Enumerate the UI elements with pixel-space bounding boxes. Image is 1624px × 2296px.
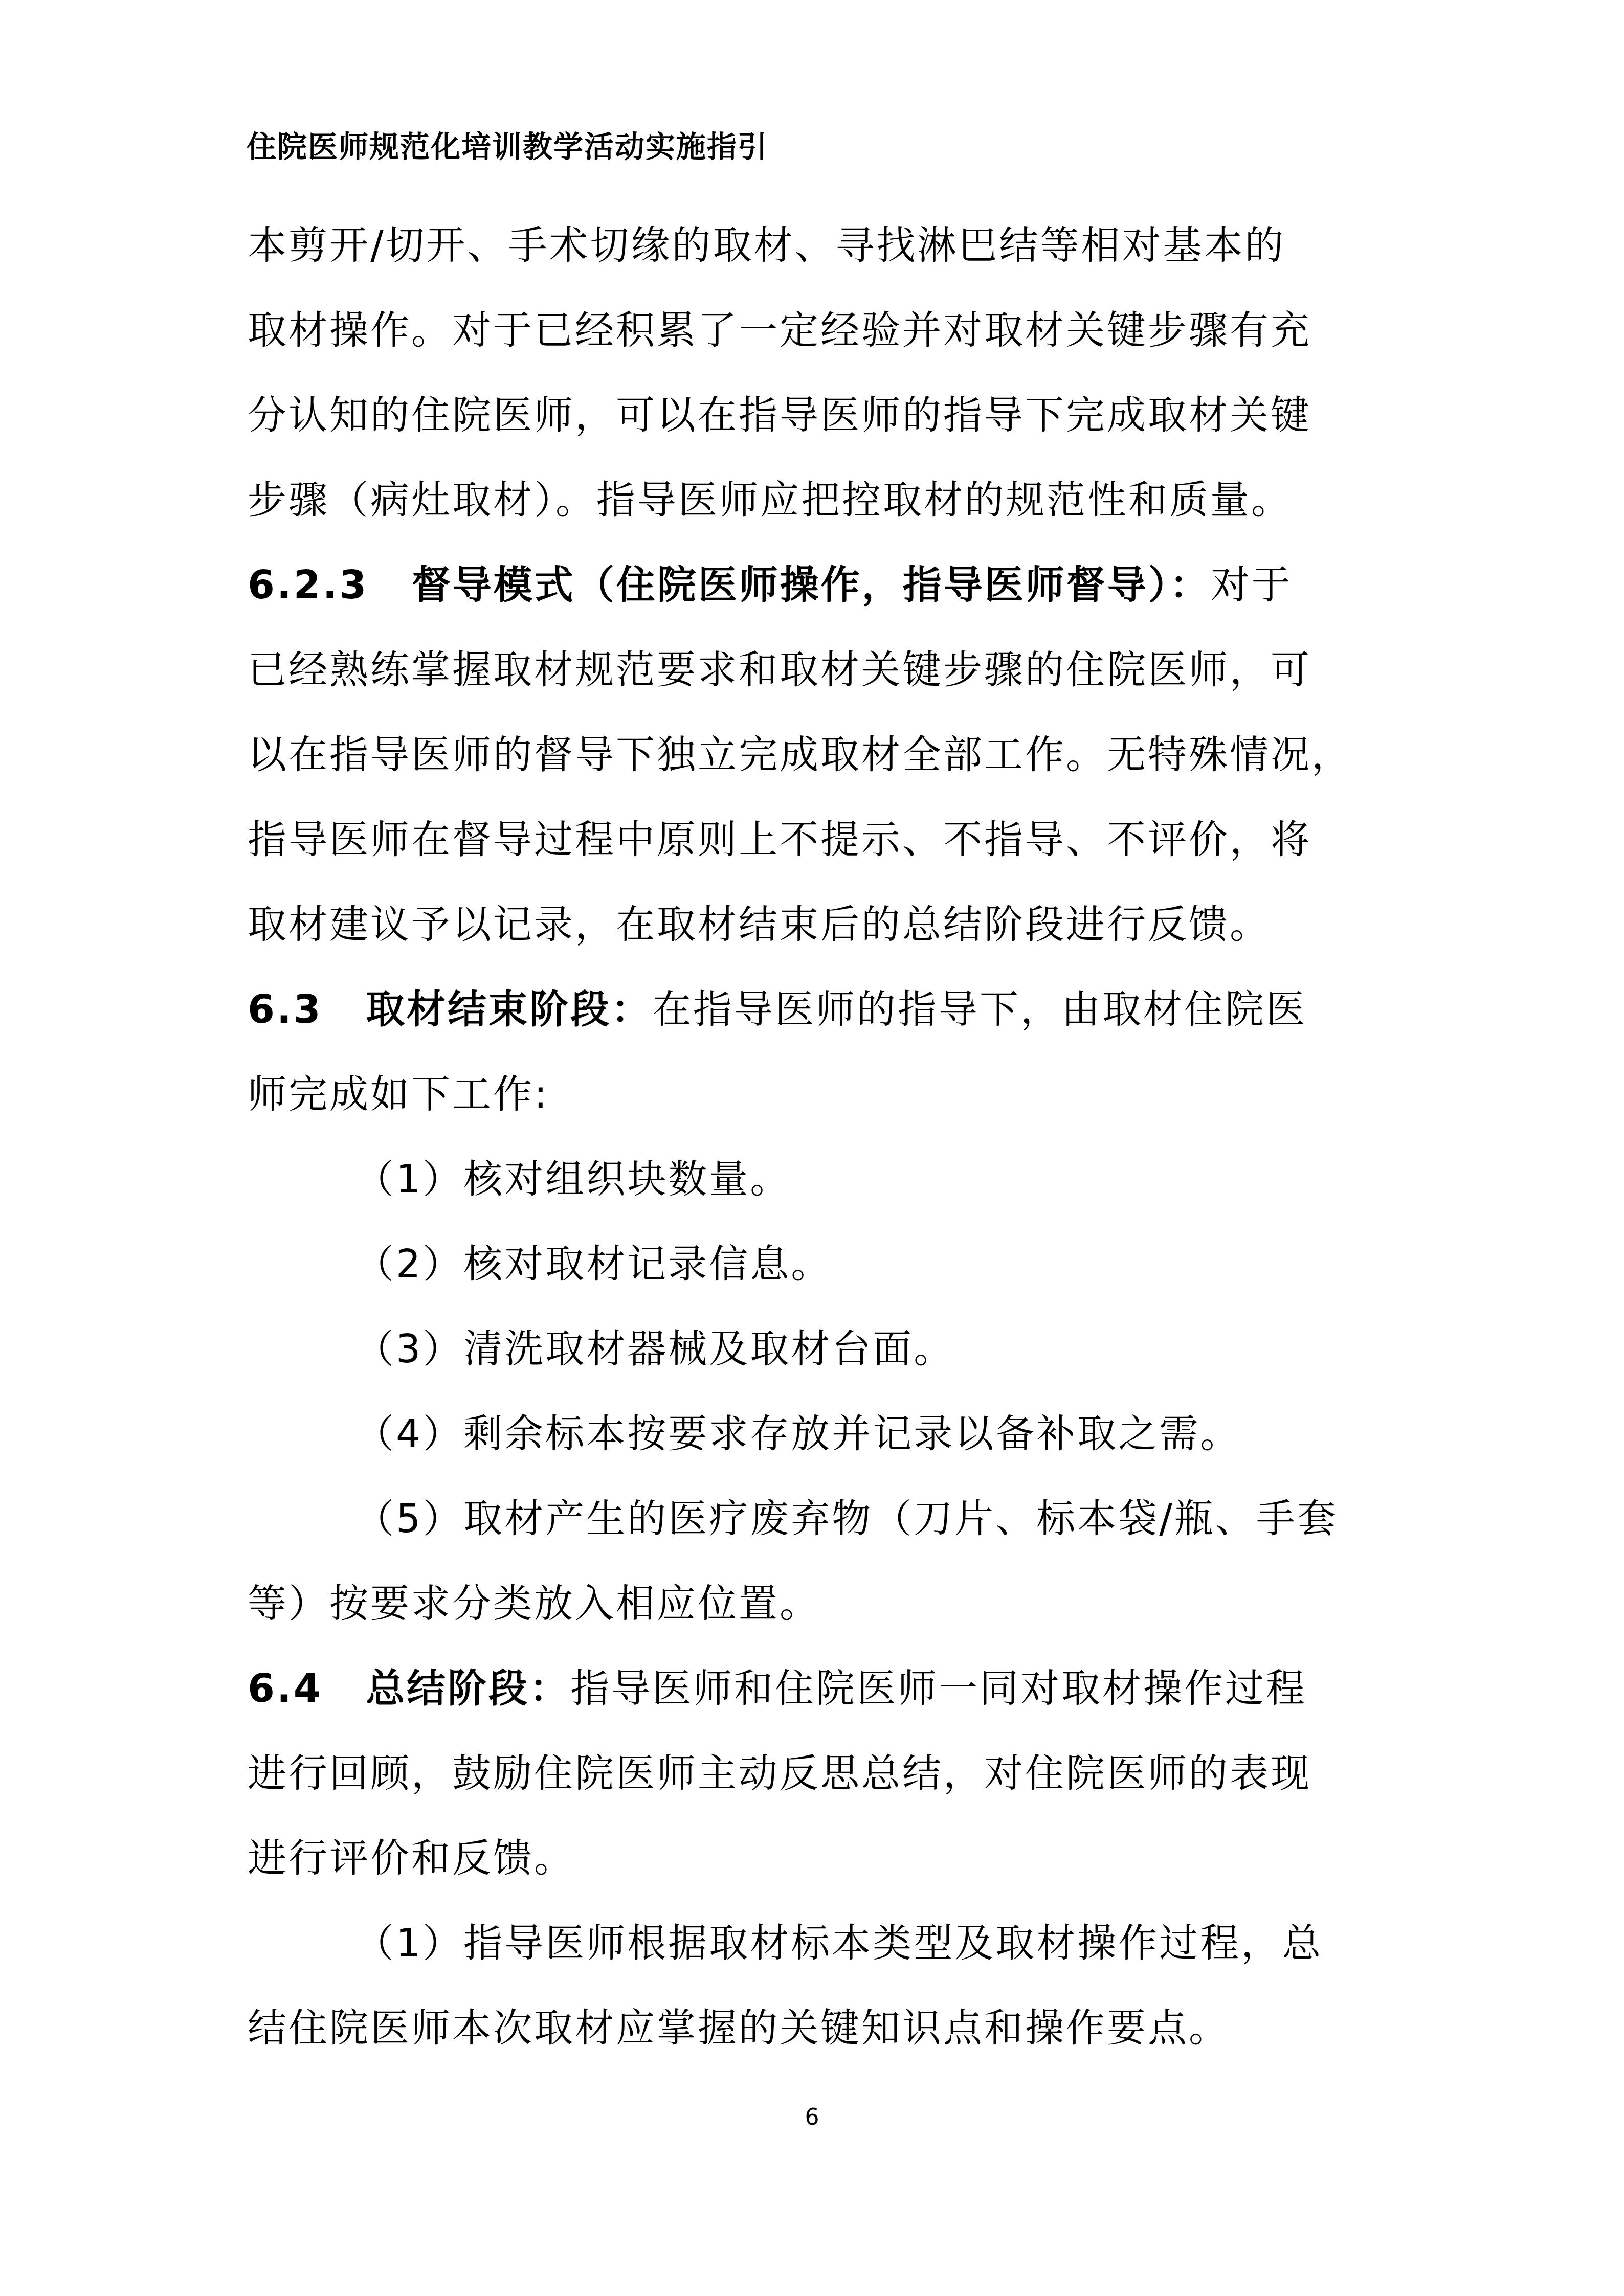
text-run: 指导医师和住院医师一同对取材操作过程 [570, 1665, 1307, 1711]
text-line: 结住院医师本次取材应掌握的关键知识点和操作要点。 [248, 2000, 1398, 2085]
text-line: 步骤（病灶取材）。指导医师应把控取材的规范性和质量。 [248, 472, 1398, 557]
section-number: 6.3 [248, 981, 323, 1038]
section-heading-6-3: 6.3 取材结束阶段：在指导医师的指导下，由取材住院医 [248, 981, 1398, 1066]
section-number: 6.4 [248, 1660, 323, 1717]
list-item: （4）剩余标本按要求存放并记录以备补取之需。 [248, 1406, 1398, 1491]
list-item: （3）清洗取材器械及取材台面。 [248, 1321, 1398, 1406]
text-line: 指导医师在督导过程中原则上不提示、不指导、不评价，将 [248, 812, 1398, 896]
list-item: （2）核对取材记录信息。 [248, 1236, 1398, 1321]
text-line: 取材建议予以记录，在取材结束后的总结阶段进行反馈。 [248, 896, 1398, 981]
text-line: 本剪开/切开、手术切缘的取材、寻找淋巴结等相对基本的 [248, 217, 1398, 302]
text-line: 等）按要求分类放入相应位置。 [248, 1575, 1398, 1660]
section-title: 督导模式（住院医师操作，指导医师督导）： [412, 562, 1211, 607]
text-line: 取材操作。对于已经积累了一定经验并对取材关键步骤有充 [248, 302, 1398, 387]
section-title: 取材结束阶段： [366, 986, 652, 1032]
running-header: 住院医师规范化培训教学活动实施指引 [247, 123, 768, 166]
text-run: 在指导医师的指导下，由取材住院医 [652, 986, 1307, 1032]
text-run: 对于 [1211, 562, 1293, 607]
section-heading-6-2-3: 6.2.3 督导模式（住院医师操作，指导医师督导）：对于 [248, 557, 1398, 642]
list-item: （1）指导医师根据取材标本类型及取材操作过程，总 [248, 1915, 1398, 2000]
text-line: 师完成如下工作: [248, 1066, 1398, 1151]
text-line: 进行回顾，鼓励住院医师主动反思总结，对住院医师的表现 [248, 1745, 1398, 1830]
text-line: 进行评价和反馈。 [248, 1830, 1398, 1915]
page-number: 6 [0, 2104, 1624, 2130]
section-number: 6.2.3 [248, 557, 368, 613]
list-item: （5）取材产生的医疗废弃物（刀片、标本袋/瓶、手套 [248, 1491, 1398, 1575]
section-heading-6-4: 6.4 总结阶段：指导医师和住院医师一同对取材操作过程 [248, 1660, 1398, 1745]
section-title: 总结阶段： [366, 1665, 570, 1711]
text-line: 以在指导医师的督导下独立完成取材全部工作。无特殊情况， [248, 727, 1398, 812]
text-line: 已经熟练掌握取材规范要求和取材关键步骤的住院医师，可 [248, 642, 1398, 727]
text-line: 分认知的住院医师，可以在指导医师的指导下完成取材关键 [248, 387, 1398, 472]
list-item: （1）核对组织块数量。 [248, 1151, 1398, 1236]
document-body: 本剪开/切开、手术切缘的取材、寻找淋巴结等相对基本的 取材操作。对于已经积累了一… [248, 217, 1398, 2085]
